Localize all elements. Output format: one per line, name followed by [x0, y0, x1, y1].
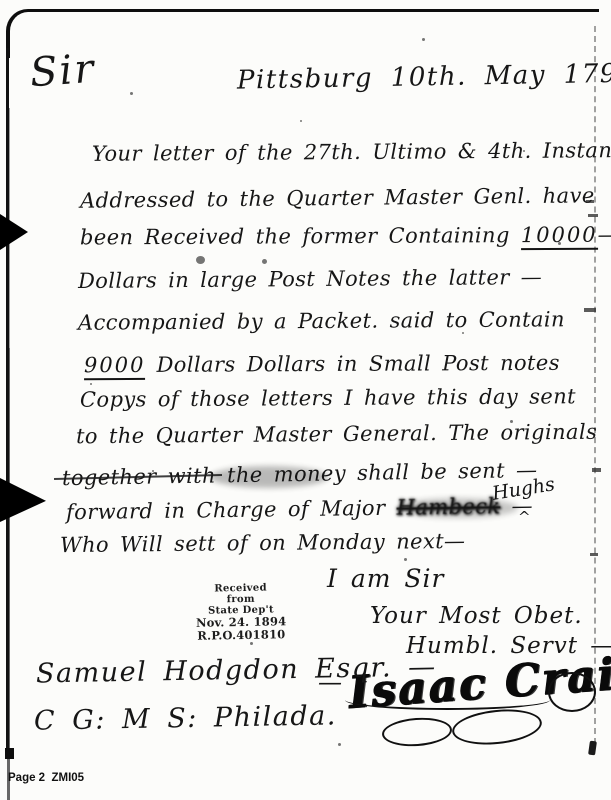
- insertion-caret: ^: [518, 508, 531, 526]
- body-line-3-text: been Received the former Containing: [80, 223, 521, 249]
- body-line-6: 9000 Dollars Dollars in Small Post notes: [84, 351, 560, 377]
- signature-underline: [345, 690, 550, 710]
- body-line-3-dash: —: [598, 223, 611, 247]
- dateline: Pittsburg 10th. May 1793.: [237, 58, 611, 95]
- ink-speck: [404, 558, 407, 561]
- edge-mark: [592, 468, 601, 472]
- amount-10000: 10000: [521, 223, 598, 250]
- ink-smudge: [210, 466, 328, 488]
- ink-speck: [422, 38, 425, 41]
- scan-border-left: [6, 48, 9, 753]
- ink-speck: [196, 256, 205, 264]
- body-line-3: been Received the former Containing 1000…: [80, 223, 611, 250]
- scanned-letter-page: Sir Pittsburg 10th. May 1793. Your lette…: [0, 0, 611, 800]
- body-line-8: to the Quarter Master General. The origi…: [76, 420, 597, 449]
- ink-speck: [130, 92, 133, 95]
- closing-line-2: Your Most Obet.: [370, 603, 583, 629]
- page-caption: Page 2 ZMI05: [8, 772, 84, 784]
- body-line-6-text: Dollars Dollars in Small Post notes: [145, 351, 560, 377]
- received-stamp: Received from State Dep't Nov. 24. 1894 …: [190, 582, 291, 643]
- body-line-2: Addressed to the Quarter Master Genl. ha…: [80, 183, 595, 212]
- address-line-2: C G: M S: Philada.: [34, 700, 337, 736]
- edge-mark: [588, 214, 598, 217]
- body-line-7: Copys of those letters I have this day s…: [80, 384, 576, 411]
- signature-loop: [450, 705, 543, 748]
- ink-speck: [338, 743, 341, 746]
- ink-speck: [262, 259, 267, 264]
- ink-speck: [462, 332, 464, 334]
- body-line-4: Dollars in large Post Notes the latter —: [78, 265, 542, 293]
- scan-border-left-foot: [5, 748, 14, 759]
- body-line-5: Accompanied by a Packet. said to Contain: [78, 307, 565, 334]
- ink-blob-left-upper: [0, 214, 28, 250]
- ink-speck: [250, 642, 253, 645]
- amount-9000: 9000: [84, 353, 146, 380]
- signature-flourish: [548, 672, 596, 712]
- edge-mark: [590, 553, 598, 556]
- edge-mark: [584, 308, 596, 312]
- closing-line-1: I am Sir: [327, 564, 444, 593]
- signature-loop: [381, 716, 453, 749]
- ink-speck: [300, 120, 302, 122]
- ink-speck: [90, 383, 92, 385]
- body-line-11: Who Will sett of on Monday next—: [60, 529, 466, 557]
- body-line-1: Your letter of the 27th. Ultimo & 4th. I…: [92, 138, 611, 166]
- stamp-line-5: R.P.O.401810: [191, 628, 291, 643]
- ink-smudge: [398, 498, 518, 518]
- body-line-10-text: forward in Charge of Major: [66, 496, 397, 525]
- scan-border-top: [6, 9, 599, 58]
- salutation: Sir: [28, 46, 96, 96]
- scan-border-right-hook: [588, 741, 597, 756]
- ink-blob-left-lower: [0, 478, 46, 522]
